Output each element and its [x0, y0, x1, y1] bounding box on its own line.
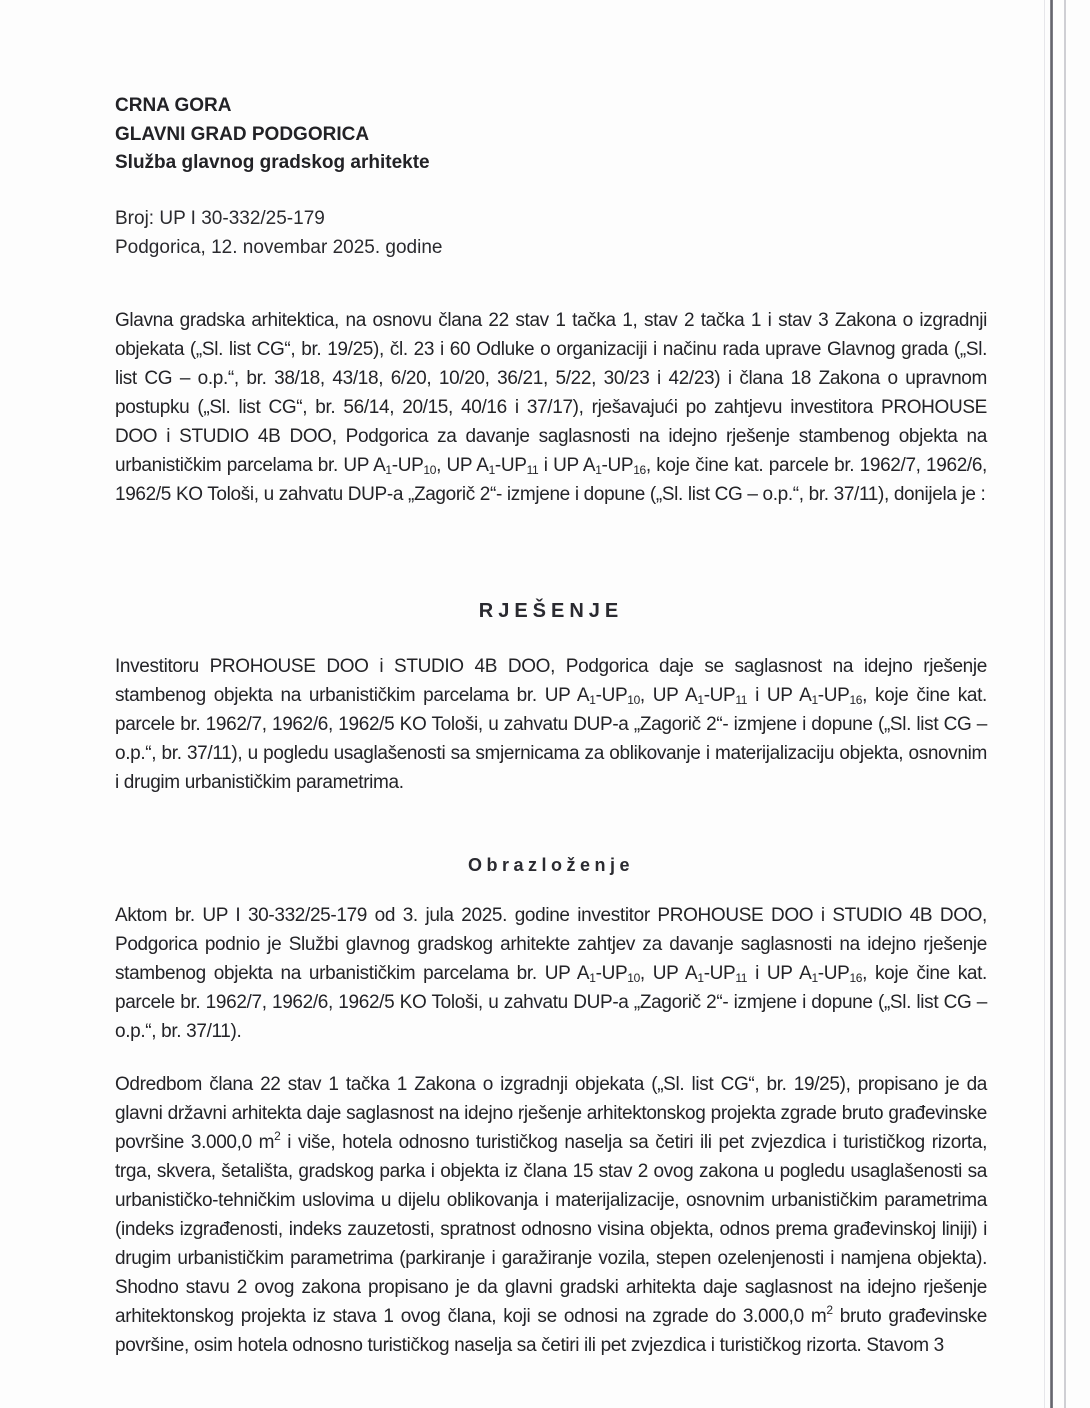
- scan-edge-line: [1064, 0, 1066, 1408]
- document-date: Podgorica, 12. novembar 2025. godine: [115, 234, 442, 263]
- decision-heading: RJEŠENJE: [115, 600, 987, 623]
- document-meta: Broj: UP I 30-332/25-179 Podgorica, 12. …: [115, 205, 442, 262]
- reasoning-heading: Obrazloženje: [115, 855, 987, 876]
- reference-number: Broj: UP I 30-332/25-179: [115, 205, 442, 234]
- scan-edge-line: [1050, 0, 1053, 1408]
- intro-paragraph: Glavna gradska arhitektica, na osnovu čl…: [115, 306, 987, 509]
- reasoning-paragraph-1: Aktom br. UP I 30-332/25-179 od 3. jula …: [115, 901, 987, 1046]
- decision-paragraph: Investitoru PROHOUSE DOO i STUDIO 4B DOO…: [115, 652, 987, 797]
- scan-edge-line: [1044, 0, 1045, 1408]
- document-header: CRNA GORA GLAVNI GRAD PODGORICA Služba g…: [115, 92, 430, 178]
- reasoning-paragraph-2: Odredbom člana 22 stav 1 tačka 1 Zakona …: [115, 1070, 987, 1360]
- header-country: CRNA GORA: [115, 92, 430, 121]
- header-city: GLAVNI GRAD PODGORICA: [115, 121, 430, 150]
- header-office: Služba glavnog gradskog arhitekte: [115, 149, 430, 178]
